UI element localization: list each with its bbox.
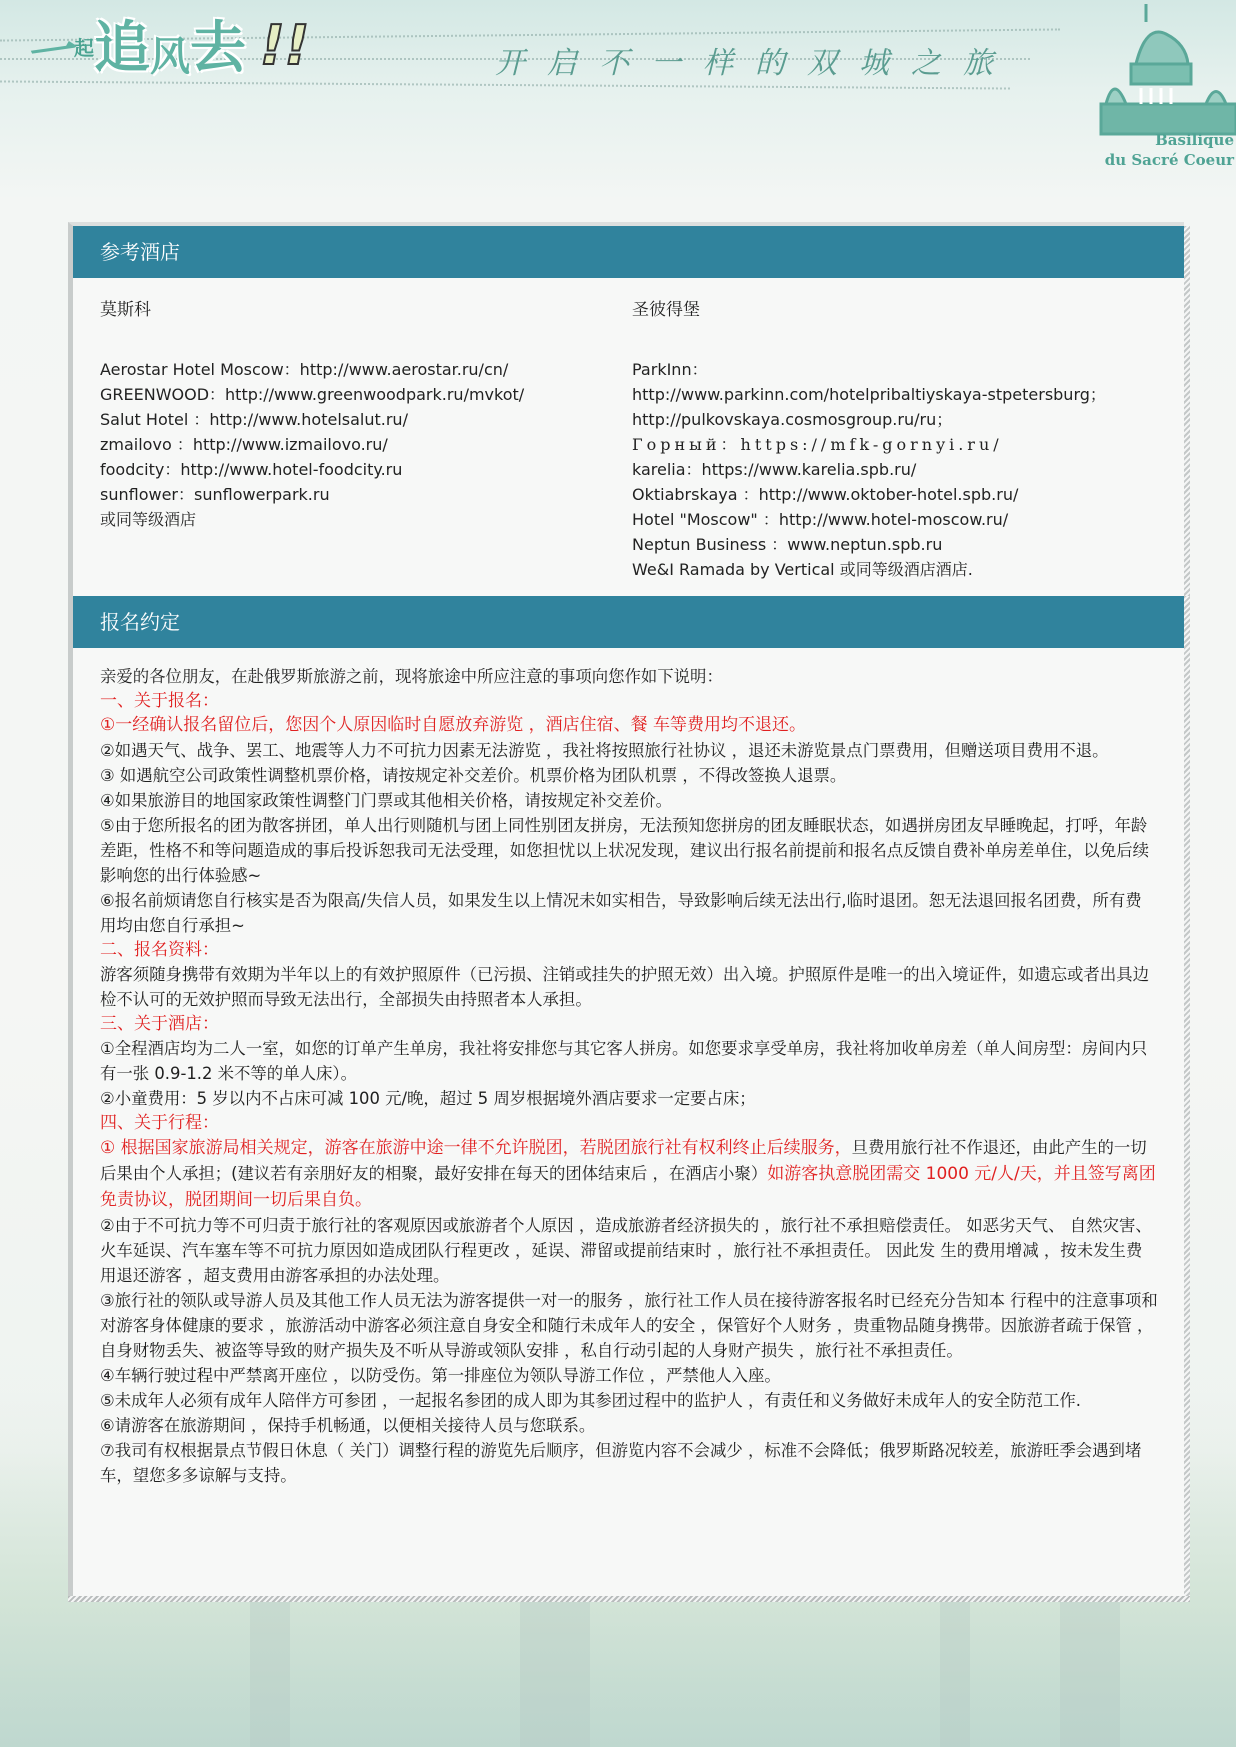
hotel-line: zmailovo ：http://www.izmailovo.ru/ (100, 432, 632, 457)
term-item: ⑥请游客在旅游期间 ，保持手机畅通，以便相关接待人员与您联系。 (100, 1413, 1158, 1438)
term-item: ⑥报名前烦请您自行核实是否为限高/失信人员，如果发生以上情况未如实相告，导致影响… (100, 888, 1158, 938)
hotel-line: Горный：https://mfk-gornyi.ru/ (632, 432, 1182, 457)
hotel-line: Salut Hotel ：http://www.hotelsalut.ru/ (100, 407, 632, 432)
term-item: ③ 如遇航空公司政策性调整机票价格，请按规定补交差价。机票价格为团队机票 ，不得… (100, 763, 1158, 788)
hotel-line: http://www.parkinn.com/hotelpribaltiyska… (632, 382, 1182, 407)
logo-char: 一 (27, 26, 81, 80)
moscow-hotels: 莫斯科 Aerostar Hotel Moscow：http://www.aer… (100, 278, 632, 582)
term-item: 游客须随身携带有效期为半年以上的有效护照原件（已污损、注销或挂失的护照无效）出入… (100, 962, 1158, 1012)
hotel-line: Aerostar Hotel Moscow：http://www.aerosta… (100, 357, 632, 382)
hotels-panel: 参考酒店 莫斯科 Aerostar Hotel Moscow：http://ww… (68, 222, 1184, 597)
term-item: ① 根据国家旅游局相关规定，游客在旅游中途一律不允许脱团，若脱团旅行社有权利终止… (100, 1135, 1158, 1213)
term-emphasis: ① 根据国家旅游局相关规定，游客在旅游中途一律不允许脱团，若脱团旅行社有权利终止… (100, 1138, 852, 1158)
hotel-line: 或同等级酒店 (100, 507, 632, 532)
section-heading: 四、关于行程： (100, 1111, 1158, 1135)
intro-text: 亲爱的各位朋友，在赴俄罗斯旅游之前，现将旅途中所应注意的事项向您作如下说明： (100, 664, 1158, 689)
page-banner: 一 起 追 风 去 !! 开启不一样的双城之旅 Basilique du Sac… (0, 0, 1236, 150)
hotel-line: GREENWOOD：http://www.greenwoodpark.ru/mv… (100, 382, 632, 407)
term-item: ②如遇天气、战争、罢工、地震等人力不可抗力因素无法游览 ，我社将按照旅行社协议 … (100, 738, 1158, 763)
landmark-caption-line: du Sacré Coeur (1105, 150, 1234, 170)
term-item: ⑤由于您所报名的团为散客拼团，单人出行则随机与团上同性别团友拼房，无法预知您拼房… (100, 813, 1158, 888)
hotel-line: karelia：https://www.karelia.spb.ru/ (632, 457, 1182, 482)
term-item: ②小童费用：5 岁以内不占床可减 100 元/晚，超过 5 周岁根据境外酒店要求… (100, 1086, 1158, 1111)
hotel-line: Hotel "Moscow" ：http://www.hotel-moscow.… (632, 507, 1182, 532)
hotel-line: ParkInn： (632, 357, 1182, 382)
section-header: 参考酒店 (73, 226, 1184, 278)
term-item: ①全程酒店均为二人一室，如您的订单产生单房，我社将安排您与其它客人拼房。如您要求… (100, 1036, 1158, 1086)
logo-char: 风 (150, 37, 190, 77)
logo-char: 去 (190, 21, 246, 77)
slogan: 开启不一样的双城之旅 (495, 38, 1015, 82)
term-item: ⑦我司有权根据景点节假日休息（ 关门）调整行程的游览先后顺序，但游览内容不会减少… (100, 1438, 1158, 1488)
stpetersburg-hotels: 圣彼得堡 ParkInn： http://www.parkinn.com/hot… (632, 278, 1182, 582)
term-item: ⑤未成年人必须有成年人陪伴方可参团 ，一起报名参团的成人即为其参团过程中的监护人… (100, 1388, 1158, 1413)
city-name: 莫斯科 (100, 298, 632, 323)
section-heading: 二、报名资料： (100, 938, 1158, 962)
landmark-caption-line: Basilique (1105, 130, 1234, 150)
hotel-line: We&I Ramada by Vertical 或同等级酒店酒店. (632, 557, 1182, 582)
hotel-line: http://pulkovskaya.cosmosgroup.ru/ru； (632, 407, 1182, 432)
section-header: 报名约定 (73, 596, 1184, 648)
exclamation-icon: !! (260, 14, 309, 77)
panel-bottom-border (68, 1596, 1190, 1602)
hotel-line: Neptun Business ：www.neptun.spb.ru (632, 532, 1182, 557)
logo-char: 追 (94, 21, 150, 77)
city-name: 圣彼得堡 (632, 298, 1182, 323)
term-item: ④车辆行驶过程中严禁离开座位 ，以防受伤。第一排座位为领队导游工作位 ，严禁他人… (100, 1363, 1158, 1388)
booking-terms-panel: 报名约定 亲爱的各位朋友，在赴俄罗斯旅游之前，现将旅途中所应注意的事项向您作如下… (68, 596, 1184, 1596)
hotel-line: Oktiabrskaya ：http://www.oktober-hotel.s… (632, 482, 1182, 507)
section-heading: 三、关于酒店： (100, 1012, 1158, 1036)
term-item: ①一经确认报名留位后，您因个人原因临时自愿放弃游览 ，酒店住宿、餐 车等费用均不… (100, 713, 1158, 738)
term-item: ④如果旅游目的地国家政策性调整门门票或其他相关价格，请按规定补交差价。 (100, 788, 1158, 813)
section-heading: 一、关于报名： (100, 689, 1158, 713)
terms-body: 亲爱的各位朋友，在赴俄罗斯旅游之前，现将旅途中所应注意的事项向您作如下说明： 一… (73, 648, 1184, 1488)
term-item: ②由于不可抗力等不可归责于旅行社的客观原因或旅游者个人原因 ，造成旅游者经济损失… (100, 1213, 1158, 1288)
term-item: ③旅行社的领队或导游人员及其他工作人员无法为游客提供一对一的服务 ，旅行社工作人… (100, 1288, 1158, 1363)
landmark-caption: Basilique du Sacré Coeur (1105, 130, 1234, 170)
hotel-line: sunflower：sunflowerpark.ru (100, 482, 632, 507)
logo: 一 起 追 风 去 !! (30, 14, 309, 77)
hotel-line: foodcity：http://www.hotel-foodcity.ru (100, 457, 632, 482)
